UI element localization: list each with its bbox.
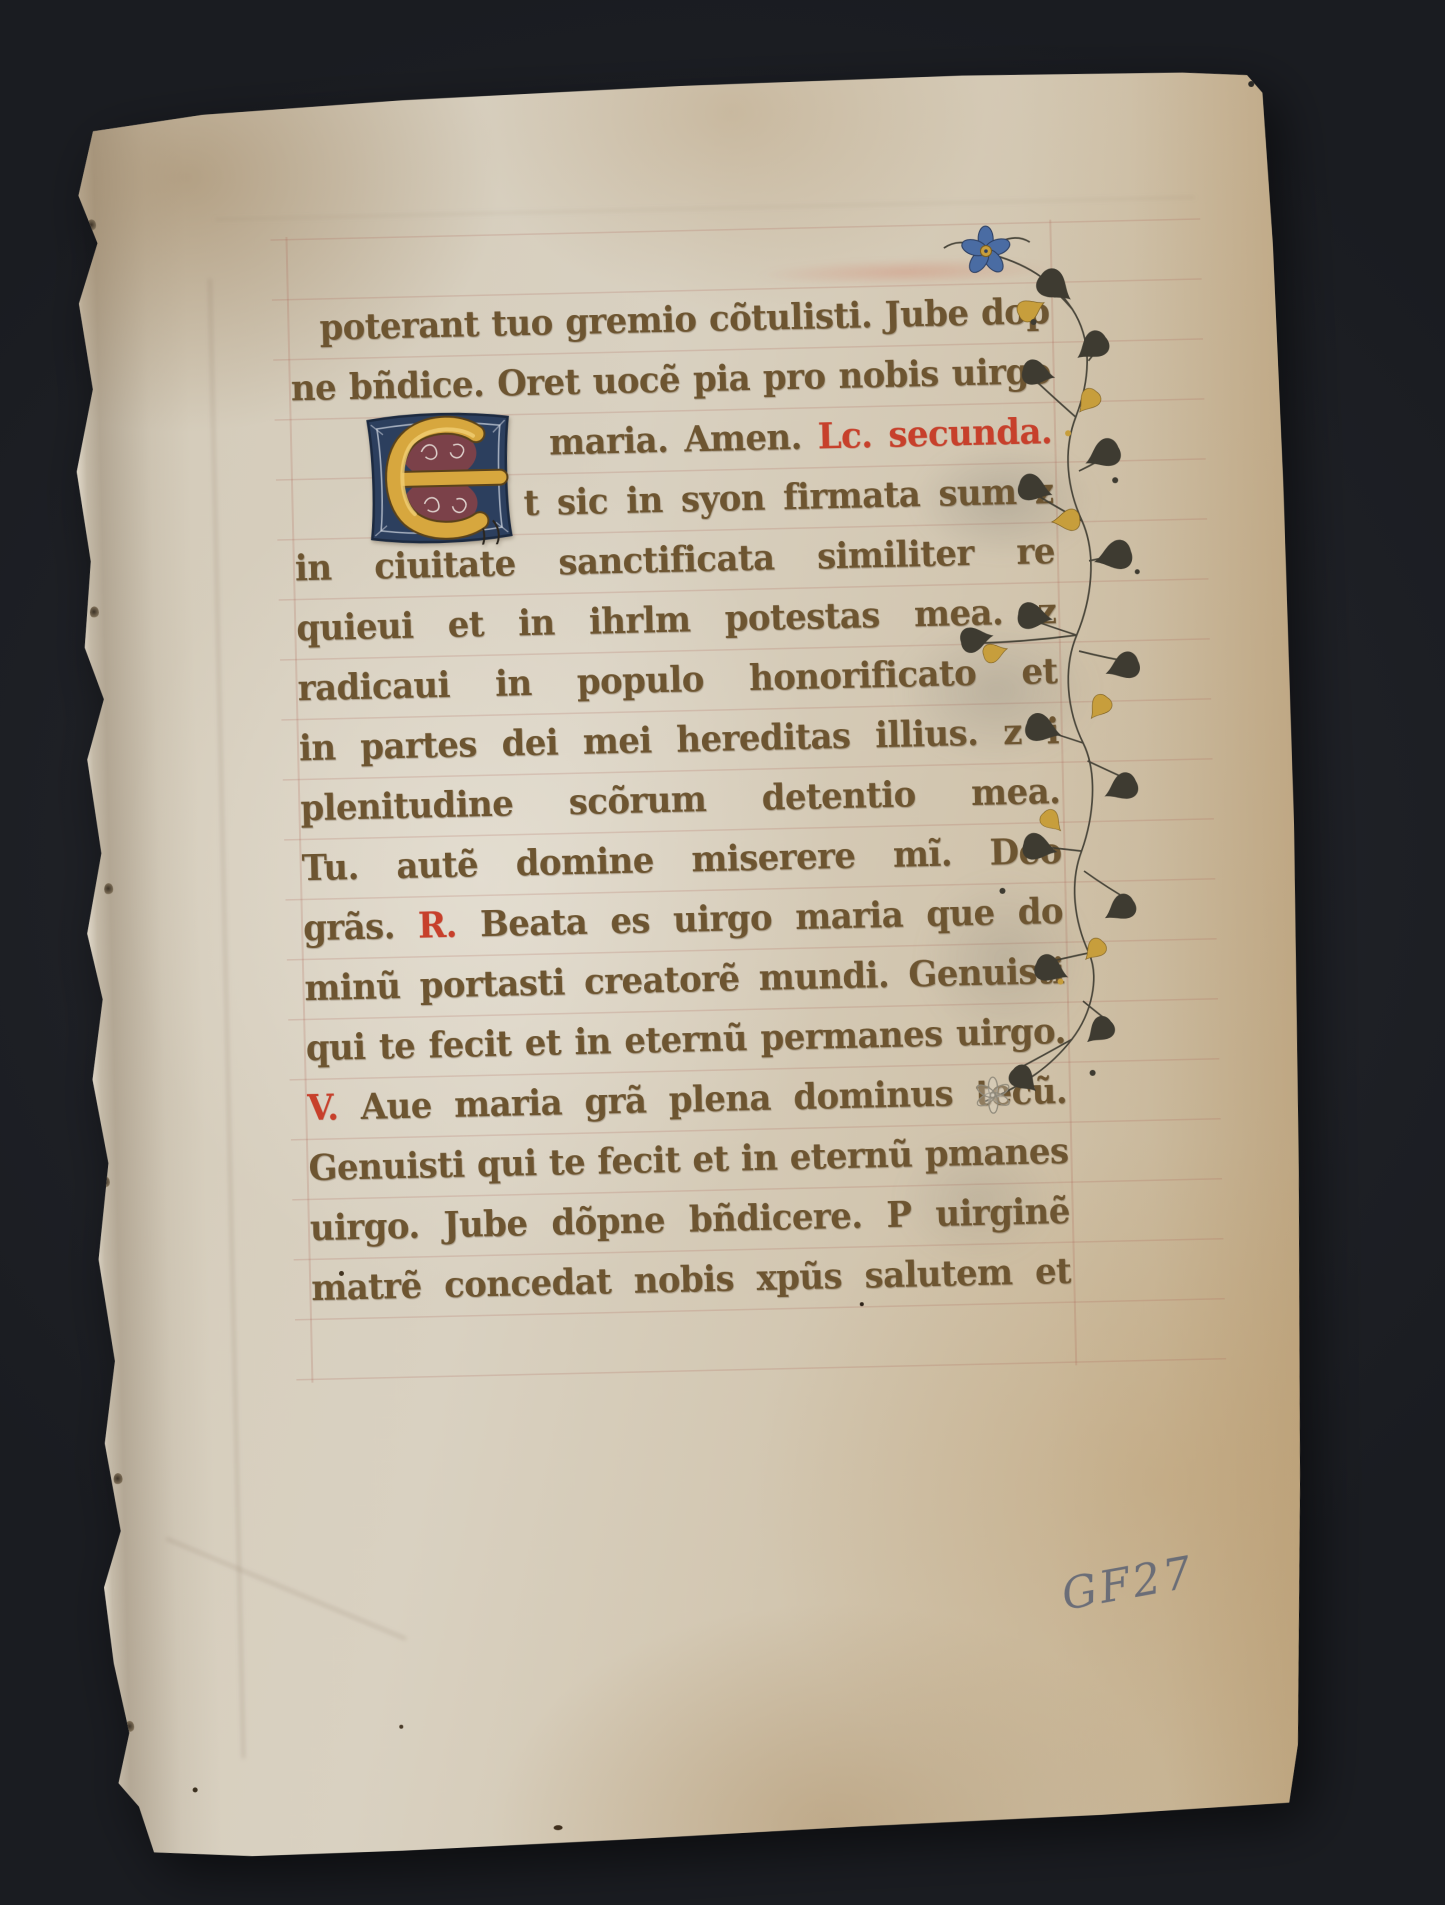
manuscript-leaf: poterant tuo gremio cõtulisti. Jube dopn… (62, 64, 1317, 1859)
body-text: uirgo. Jube dõpne bñdicere. P uirginẽ (309, 1191, 1070, 1250)
body-text: matrẽ concedat nobis xpũs salutem et (311, 1251, 1072, 1310)
body-text: grãs. (303, 905, 419, 949)
initial-letter-E (362, 408, 515, 547)
sewing-hole (113, 1473, 122, 1485)
ink-speck (193, 1787, 198, 1792)
body-text: maria. Amen. (549, 416, 818, 464)
pencil-inscription: GF27 (1058, 1547, 1199, 1621)
illuminated-initial (362, 408, 515, 547)
border-decoration (923, 219, 1206, 1140)
rubric-text: R. (418, 904, 481, 947)
vellum-surface: poterant tuo gremio cõtulisti. Jube dopn… (62, 64, 1317, 1859)
ink-speck (399, 1725, 403, 1729)
ink-speck (742, 1833, 748, 1839)
sewing-hole (104, 883, 113, 895)
sewing-hole (87, 219, 96, 231)
body-text: Genuisti qui te fecit et in eternũ pmane… (308, 1131, 1069, 1190)
crease (208, 279, 245, 1759)
ink-speck (1248, 81, 1254, 87)
crease (215, 196, 1195, 220)
ink-speck (554, 1825, 563, 1830)
sewing-hole (90, 606, 99, 618)
outline-flower (975, 1077, 1011, 1114)
ink-speck (339, 1271, 344, 1276)
gold-leaves (973, 292, 1121, 969)
sewing-hole (101, 1176, 110, 1188)
blue-flower (959, 226, 1012, 277)
rubric-text: V. (307, 1087, 361, 1130)
black-ivy-leaves (950, 262, 1153, 1101)
sewing-hole (125, 1721, 134, 1733)
crease (166, 1537, 407, 1640)
ink-speck (860, 1302, 864, 1306)
